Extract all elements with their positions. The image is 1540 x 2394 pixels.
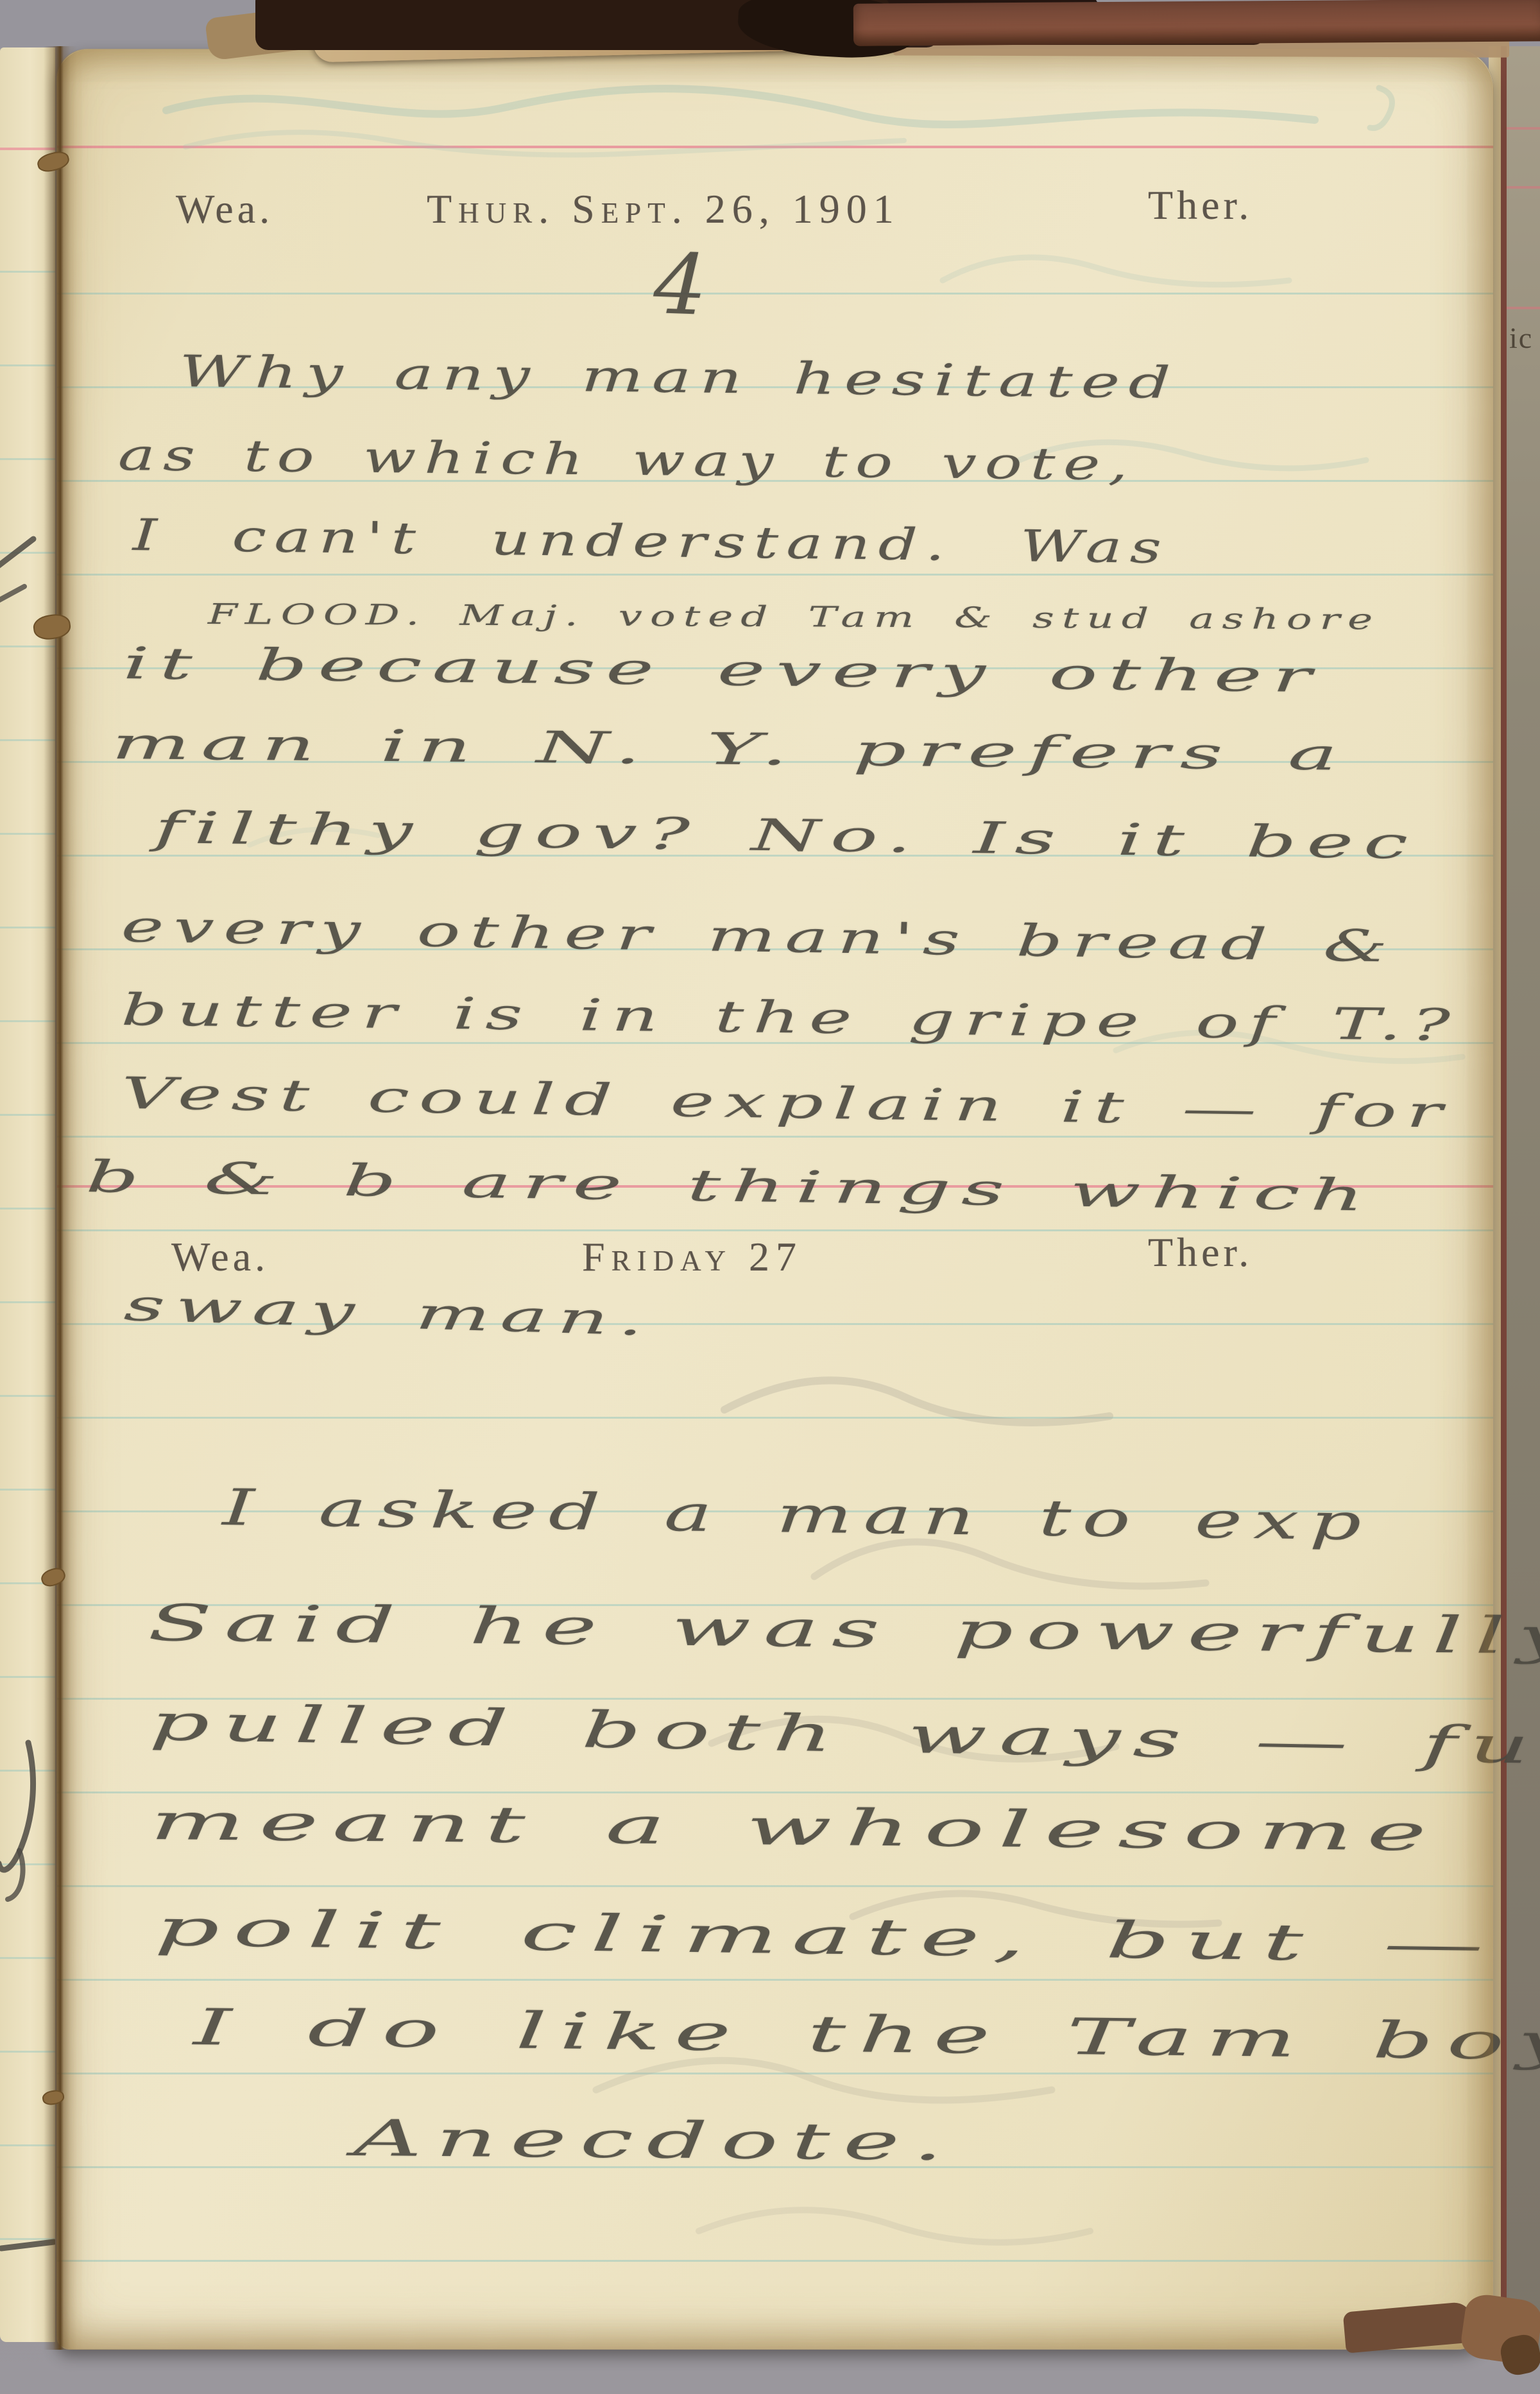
thermometer-label: Ther.: [1148, 182, 1253, 229]
adjacent-page-text-fragment: ic: [1509, 321, 1533, 355]
interline-note: FLOOD. Maj. voted Tam & stud ashore: [208, 601, 1381, 635]
ruled-line: [1507, 127, 1540, 130]
date-label: Thur. Sept. 26, 1901: [427, 185, 900, 233]
handwritten-line: I can't understand. Was: [132, 514, 1170, 570]
handwritten-line: meant a wholesome: [150, 1797, 1441, 1859]
facing-page-sliver: [0, 47, 55, 2342]
handwritten-line: as to which way to vote,: [117, 434, 1136, 488]
facing-page-ink-marks: [0, 47, 55, 2342]
handwritten-line: Why any man hesitated: [178, 350, 1179, 406]
handwritten-line: Anecdote.: [353, 2114, 957, 2168]
handwritten-line: it because every other: [123, 642, 1323, 699]
weather-label: Wea.: [171, 1233, 269, 1281]
weather-label: Wea.: [176, 185, 273, 233]
ruled-line: [1507, 307, 1540, 309]
diary-scan: ic: [0, 0, 1540, 2394]
page-number: 4: [653, 242, 708, 327]
ruled-line: [1507, 186, 1540, 189]
thermometer-label: Ther.: [1148, 1229, 1253, 1276]
diary-page: Wea. Thur. Sept. 26, 1901 Ther. 4 Why an…: [56, 49, 1494, 2350]
handwritten-line: Said he was powerfully: [148, 1598, 1540, 1662]
binding-maroon-cover: [853, 0, 1540, 46]
handwritten-line: I asked a man to exp: [222, 1483, 1374, 1548]
handwritten-line: man in N. Y. prefers a: [111, 722, 1349, 778]
pink-margin-line: [57, 146, 1493, 148]
date-label: Friday 27: [582, 1233, 803, 1281]
